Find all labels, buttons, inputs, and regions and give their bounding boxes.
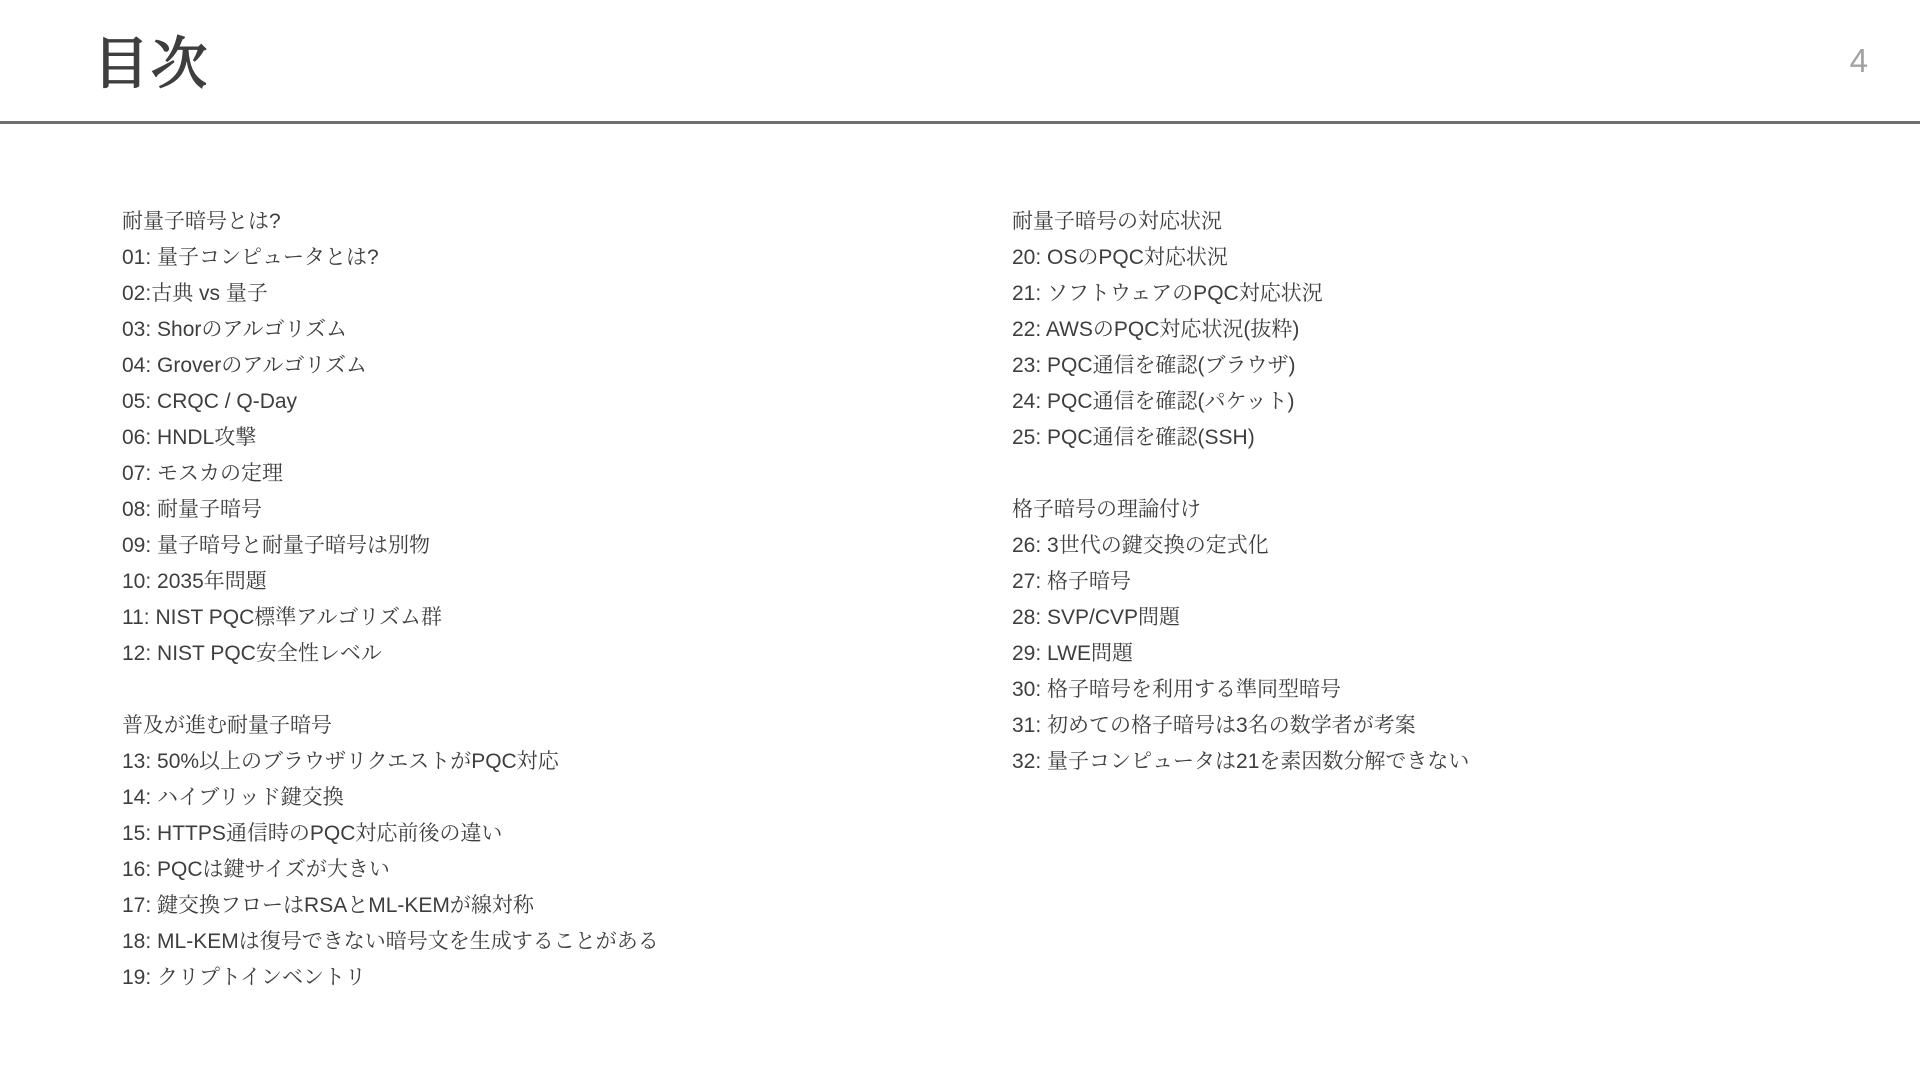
slide: 目次 4 耐量子暗号とは?01: 量子コンピュータとは?02:古典 vs 量子0…: [0, 0, 1920, 1080]
toc-section-heading: 耐量子暗号とは?: [122, 204, 922, 240]
toc-item: 09: 量子暗号と耐量子暗号は別物: [122, 528, 922, 564]
toc-item: 32: 量子コンピュータは21を素因数分解できない: [1012, 744, 1812, 780]
toc-section-heading: 格子暗号の理論付け: [1012, 492, 1812, 528]
toc-item: 14: ハイブリッド鍵交換: [122, 780, 922, 816]
toc-item: 25: PQC通信を確認(SSH): [1012, 420, 1812, 456]
toc-item: 20: OSのPQC対応状況: [1012, 240, 1812, 276]
toc-item: 03: Shorのアルゴリズム: [122, 312, 922, 348]
toc-section-heading: 普及が進む耐量子暗号: [122, 708, 922, 744]
toc-column-right: 耐量子暗号の対応状況20: OSのPQC対応状況21: ソフトウェアのPQC対応…: [1012, 204, 1812, 780]
toc-item: 01: 量子コンピュータとは?: [122, 240, 922, 276]
toc-item: 18: ML-KEMは復号できない暗号文を生成することがある: [122, 924, 922, 960]
toc-section: 耐量子暗号とは?01: 量子コンピュータとは?02:古典 vs 量子03: Sh…: [122, 204, 922, 672]
toc-item: 17: 鍵交換フローはRSAとML-KEMが線対称: [122, 888, 922, 924]
toc-item: 27: 格子暗号: [1012, 564, 1812, 600]
toc-item: 30: 格子暗号を利用する準同型暗号: [1012, 672, 1812, 708]
toc-column-left: 耐量子暗号とは?01: 量子コンピュータとは?02:古典 vs 量子03: Sh…: [122, 204, 922, 996]
toc-item: 11: NIST PQC標準アルゴリズム群: [122, 600, 922, 636]
toc-item: 31: 初めての格子暗号は3名の数学者が考案: [1012, 708, 1812, 744]
page-number: 4: [1850, 44, 1868, 77]
toc-item: 15: HTTPS通信時のPQC対応前後の違い: [122, 816, 922, 852]
toc-item: 23: PQC通信を確認(ブラウザ): [1012, 348, 1812, 384]
toc-item: 22: AWSのPQC対応状況(抜粋): [1012, 312, 1812, 348]
header-divider: [0, 121, 1920, 124]
toc-item: 05: CRQC / Q-Day: [122, 384, 922, 420]
toc-item: 07: モスカの定理: [122, 456, 922, 492]
page-title: 目次: [93, 30, 209, 97]
toc-item: 02:古典 vs 量子: [122, 276, 922, 312]
toc-item: 16: PQCは鍵サイズが大きい: [122, 852, 922, 888]
toc-item: 10: 2035年問題: [122, 564, 922, 600]
toc-section-heading: 耐量子暗号の対応状況: [1012, 204, 1812, 240]
toc-item: 26: 3世代の鍵交換の定式化: [1012, 528, 1812, 564]
toc-item: 04: Groverのアルゴリズム: [122, 348, 922, 384]
toc-item: 08: 耐量子暗号: [122, 492, 922, 528]
toc-item: 06: HNDL攻撃: [122, 420, 922, 456]
toc-item: 24: PQC通信を確認(パケット): [1012, 384, 1812, 420]
toc-item: 13: 50%以上のブラウザリクエストがPQC対応: [122, 744, 922, 780]
toc-item: 21: ソフトウェアのPQC対応状況: [1012, 276, 1812, 312]
toc-item: 28: SVP/CVP問題: [1012, 600, 1812, 636]
toc-section: 普及が進む耐量子暗号13: 50%以上のブラウザリクエストがPQC対応14: ハ…: [122, 708, 922, 996]
toc-section: 格子暗号の理論付け26: 3世代の鍵交換の定式化27: 格子暗号28: SVP/…: [1012, 492, 1812, 780]
toc-item: 29: LWE問題: [1012, 636, 1812, 672]
toc-section: 耐量子暗号の対応状況20: OSのPQC対応状況21: ソフトウェアのPQC対応…: [1012, 204, 1812, 456]
toc-item: 12: NIST PQC安全性レベル: [122, 636, 922, 672]
toc-item: 19: クリプトインベントリ: [122, 960, 922, 996]
